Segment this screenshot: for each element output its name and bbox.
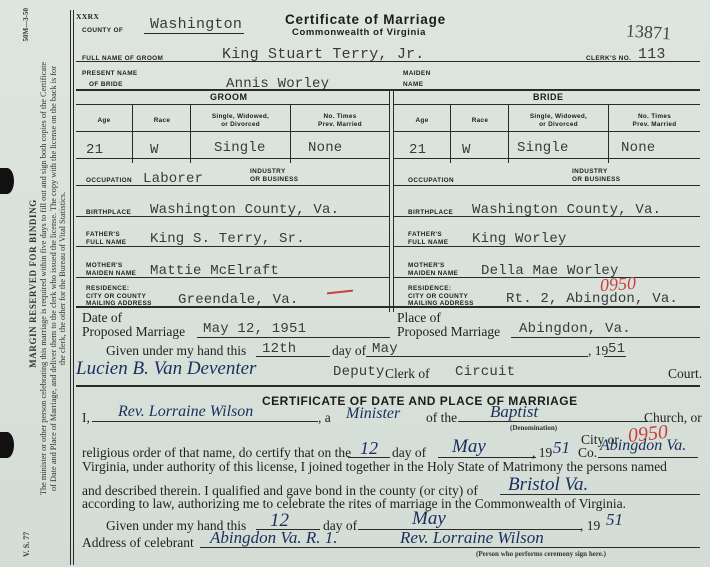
bride-occupation-label: Occupation	[408, 177, 454, 185]
i-label: I,	[82, 410, 90, 426]
residence-label-line2: City or County	[86, 293, 146, 300]
col-divider	[508, 105, 509, 163]
rule	[366, 356, 588, 357]
status-header-line1: Single, Widowed,	[212, 113, 269, 120]
rule	[394, 216, 700, 217]
col-divider	[190, 105, 191, 163]
denomination: Baptist	[490, 402, 538, 422]
col-divider	[290, 105, 291, 163]
rule	[394, 185, 700, 186]
clerk-title: Deputy	[333, 364, 385, 380]
bride-residence: Rt. 2, Abingdon, Va.	[506, 291, 678, 307]
red-check-mark	[327, 290, 353, 295]
bride-name-label: Present Name	[82, 70, 138, 78]
groom-status: Single	[214, 140, 266, 156]
margin-rule	[73, 10, 74, 565]
bride-heading: BRIDE	[533, 92, 564, 102]
groom-age-header: Age	[76, 117, 132, 125]
license-given-month: May	[372, 341, 398, 357]
bride-residence-label: Residence:City or CountyMailing Address	[408, 285, 474, 308]
rule	[458, 421, 648, 422]
groom-times-header: No. TimesPrev. Married	[291, 113, 389, 128]
celebrant-given-year: 51	[606, 510, 623, 530]
given-label: Given under my hand this	[106, 343, 246, 359]
court-label: Court.	[668, 366, 702, 382]
day-of-label: day of	[332, 343, 366, 359]
times-header-line1: No. Times	[638, 113, 671, 120]
rule	[394, 277, 700, 278]
county-line	[144, 33, 244, 34]
signature-caption: (Person who performs ceremony sign here.…	[476, 550, 606, 558]
times-header-line2: Prev. Married	[318, 121, 362, 128]
rule	[500, 494, 700, 495]
groom-mother-label: Mother'sMaiden Name	[86, 262, 136, 277]
officiant-name: Rev. Lorraine Wilson	[118, 403, 253, 421]
groom-status-header: Single, Widowed,or Divorced	[191, 113, 290, 128]
bond-place: Bristol Va.	[508, 474, 588, 496]
form-id: XXRX	[76, 13, 99, 21]
residence-label-line1: Residence:	[408, 285, 451, 292]
rule	[92, 421, 318, 422]
rule	[604, 356, 626, 357]
county-value: Washington	[150, 16, 242, 33]
industry-label-line1: Industry	[572, 168, 608, 175]
bride-race-header: Race	[451, 117, 509, 125]
bride-times-married: None	[621, 140, 655, 156]
rule	[511, 337, 700, 338]
rule	[76, 246, 389, 247]
denomination-caption: (Denomination)	[510, 424, 557, 432]
groom-age: 21	[86, 142, 103, 158]
bride-age-header: Age	[394, 117, 450, 125]
certificate-number: 13871	[625, 20, 671, 44]
times-header-line2: Prev. Married	[633, 121, 677, 128]
groom-father-label: Father'sFull Name	[86, 231, 126, 246]
rule	[76, 104, 389, 105]
margin-instructions: The minister or other person celebrating…	[39, 60, 68, 497]
clerk-of-label: Clerk of	[385, 366, 430, 382]
times-header-line1: No. Times	[323, 113, 356, 120]
groom-occupation-label: Occupation	[86, 177, 132, 185]
celebrant-signature: Rev. Lorraine Wilson	[400, 528, 544, 548]
officiant-title: Minister	[346, 405, 400, 423]
celebrant-year-prefix: , 19	[580, 518, 600, 534]
license-given-day: 12th	[262, 341, 296, 357]
rule	[348, 457, 390, 458]
bride-age: 21	[409, 142, 426, 158]
industry-label-line2: or Business	[250, 176, 298, 183]
margin-rule	[70, 10, 71, 565]
groom-residence-label: Residence:City or CountyMailing Address	[86, 285, 152, 308]
father-label-line2: Full Name	[408, 239, 448, 246]
print-code: 50M—3-50	[22, 8, 30, 41]
address-label: Address of celebrant	[82, 535, 194, 551]
marriage-month: May	[452, 436, 486, 458]
rule	[76, 158, 389, 159]
residence-label-line3: Mailing Address	[408, 300, 474, 307]
bride-name-label-2: of Bride	[89, 81, 123, 89]
margin-title: MARGIN RESERVED FOR BINDING	[28, 0, 38, 567]
according-text: according to law, authorizing me to cele…	[82, 496, 626, 512]
document-subtitle: Commonwealth of Virginia	[292, 27, 426, 38]
rule	[76, 216, 389, 217]
license-given-year: 51	[608, 341, 625, 357]
rule	[438, 457, 536, 458]
status-header-line1: Single, Widowed,	[530, 113, 587, 120]
binder-hole	[0, 432, 14, 458]
rule	[76, 385, 700, 387]
rule	[76, 277, 389, 278]
status-header-line2: or Divorced	[539, 121, 578, 128]
binding-margin: V. S. 77 MARGIN RESERVED FOR BINDING The…	[28, 0, 74, 567]
rule	[394, 246, 700, 247]
court-name: Circuit	[455, 364, 515, 380]
document-title: Certificate of Marriage	[285, 12, 446, 27]
rule	[76, 185, 389, 186]
maiden-name-label-2: Name	[403, 81, 423, 89]
bride-race: W	[462, 142, 471, 158]
maiden-name-label: Maiden	[403, 70, 431, 78]
groom-race: W	[150, 142, 159, 158]
clerk-signature: Lucien B. Van Deventer	[76, 358, 256, 380]
rule	[598, 457, 698, 458]
father-label-line2: Full Name	[86, 239, 126, 246]
date-label-2: Proposed Marriage	[82, 324, 185, 340]
bride-mother-label: Mother'sMaiden Name	[408, 262, 458, 277]
mother-label-line1: Mother's	[86, 262, 123, 269]
a-label: , a	[318, 410, 331, 426]
county-label: County of	[82, 27, 123, 35]
col-divider	[132, 105, 133, 163]
status-header-line2: or Divorced	[221, 121, 260, 128]
celebrant-address: Abingdon Va. R. 1.	[210, 528, 338, 548]
mother-label-line2: Maiden Name	[408, 270, 458, 277]
groom-race-header: Race	[133, 117, 191, 125]
rule	[394, 158, 700, 159]
father-label-line1: Father's	[86, 231, 120, 238]
rule	[76, 61, 700, 62]
rule	[76, 89, 700, 91]
mother-label-line2: Maiden Name	[86, 270, 136, 277]
place-label-2: Proposed Marriage	[397, 324, 500, 340]
bride-father: King Worley	[472, 231, 567, 247]
bride-industry-label: Industryor Business	[572, 168, 620, 183]
marriage-day: 12	[360, 438, 378, 459]
bride-status: Single	[517, 140, 569, 156]
mother-label-line1: Mother's	[408, 262, 445, 269]
rule	[197, 337, 390, 338]
virginia-text: Virginia, under authority of this licens…	[82, 459, 667, 475]
celebrant-given-month: May	[412, 508, 446, 530]
marriage-year: 51	[553, 438, 570, 458]
marriage-certificate: V. S. 77 MARGIN RESERVED FOR BINDING The…	[0, 0, 710, 567]
industry-label-line2: or Business	[572, 176, 620, 183]
col-divider	[450, 105, 451, 163]
rule	[256, 356, 330, 357]
residence-label-line2: City or County	[408, 293, 468, 300]
rule	[394, 104, 700, 105]
bride-status-header: Single, Widowed,or Divorced	[509, 113, 608, 128]
center-divider	[389, 90, 390, 312]
marriage-place: Abingdon Va.	[600, 437, 686, 455]
rule	[394, 131, 700, 132]
col-divider	[608, 105, 609, 163]
rule	[200, 547, 700, 548]
proposed-place: Abingdon, Va.	[519, 321, 631, 337]
rule	[76, 131, 389, 132]
industry-label-line1: Industry	[250, 168, 286, 175]
of-the-label: of the	[426, 410, 457, 426]
residence-label-line1: Residence:	[86, 285, 129, 292]
groom-times-married: None	[308, 140, 342, 156]
bride-father-label: Father'sFull Name	[408, 231, 448, 246]
bride-residence-annotation: 0950	[599, 273, 636, 296]
father-label-line1: Father's	[408, 231, 442, 238]
groom-father: King S. Terry, Sr.	[150, 231, 305, 247]
groom-heading: GROOM	[210, 92, 248, 102]
bride-times-header: No. TimesPrev. Married	[609, 113, 700, 128]
proposed-date: May 12, 1951	[203, 321, 306, 337]
binder-hole	[0, 168, 14, 194]
groom-industry-label: Industryor Business	[250, 168, 298, 183]
